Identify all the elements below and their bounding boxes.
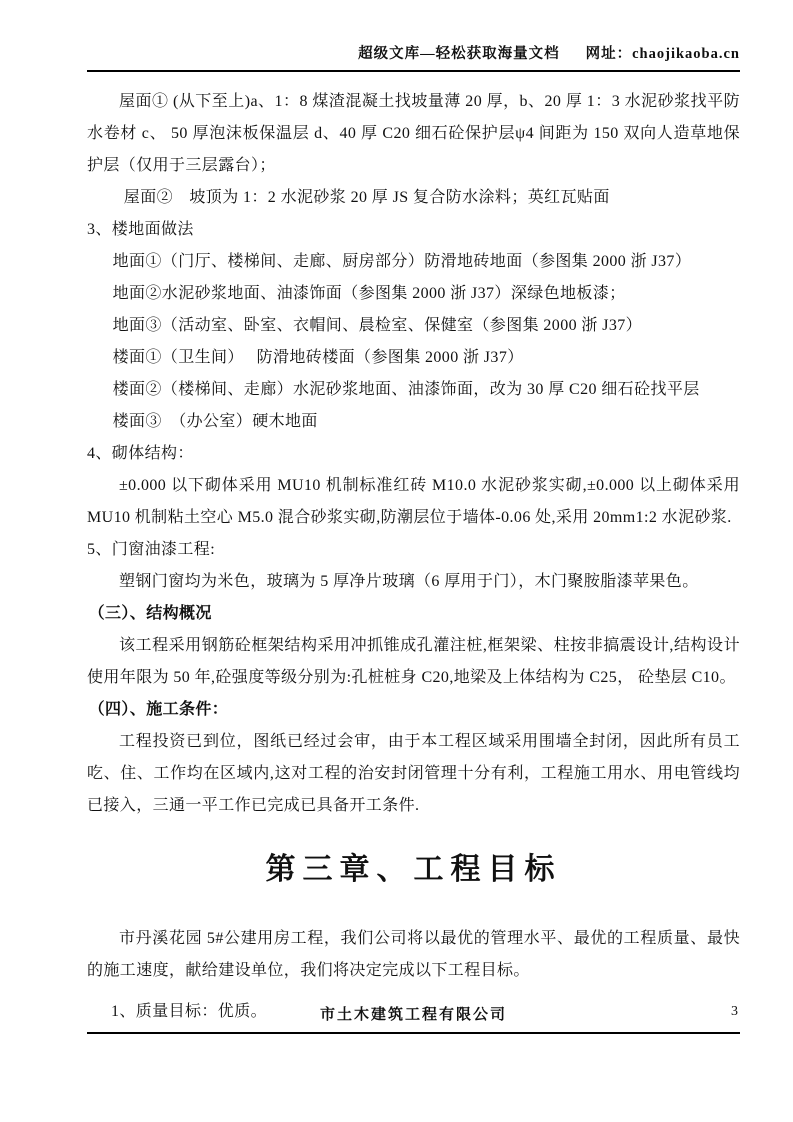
list-item-floor-1: 楼面①（卫生间） 防滑地砖楼面（参图集 2000 浙 J37） (87, 342, 740, 374)
section-heading-conditions: （四）、施工条件： (87, 694, 740, 726)
list-item-ground-3: 地面③（活动室、卧室、衣帽间、晨检室、保健室（参图集 2000 浙 J37） (87, 310, 740, 342)
header-site-url: 网址：chaojikaoba.cn (586, 46, 740, 62)
paragraph-structure: 该工程采用钢筋砼框架结构采用冲抓锥成孔灌注桩,框架梁、柱按非搞震设计,结构设计使… (87, 630, 740, 694)
section-heading-floors: 3、楼地面做法 (87, 214, 740, 246)
paragraph-goals-intro: 市丹溪花园 5#公建用房工程，我们公司将以最优的管理水平、最优的工程质量、最快的… (87, 923, 740, 987)
paragraph-conditions: 工程投资已到位，图纸已经过会审，由于本工程区域采用围墙全封闭，因此所有员工吃、住… (87, 726, 740, 822)
list-item-floor-3: 楼面③ （办公室）硬木地面 (87, 406, 740, 438)
list-item-ground-1: 地面①（门厅、楼梯间、走廊、厨房部分）防滑地砖地面（参图集 2000 浙 J37… (87, 246, 740, 278)
paragraph-paint: 塑钢门窗均为米色，玻璃为 5 厚净片玻璃（6 厚用于门），木门聚胺脂漆苹果色。 (87, 566, 740, 598)
document-page: 超级文库—轻松获取海量文档网址：chaojikaoba.cn 屋面① (从下至上… (0, 0, 793, 1122)
section-heading-masonry: 4、砌体结构： (87, 438, 740, 470)
footer-company-name: 市土木建筑工程有限公司 (320, 1007, 507, 1023)
list-item-ground-2: 地面②水泥砂浆地面、油漆饰面（参图集 2000 浙 J37）深绿色地板漆； (87, 278, 740, 310)
section-heading-paint: 5、门窗油漆工程: (87, 534, 740, 566)
paragraph-roof-1: 屋面① (从下至上)a、1：8 煤渣混凝土找坡量薄 20 厚，b、20 厚 1：… (87, 86, 740, 182)
list-item-floor-2: 楼面②（楼梯间、走廊）水泥砂浆地面、油漆饰面，改为 30 厚 C20 细石砼找平… (87, 374, 740, 406)
page-number: 3 (731, 1004, 738, 1020)
paragraph-roof-2: 屋面② 坡顶为 1：2 水泥砂浆 20 厚 JS 复合防水涂料；英红瓦贴面 (87, 182, 740, 214)
page-footer: 市土木建筑工程有限公司 3 (87, 1003, 740, 1034)
header-brand-text: 超级文库—轻松获取海量文档 (358, 46, 560, 62)
paragraph-masonry: ±0.000 以下砌体采用 MU10 机制标准红砖 M10.0 水泥砂浆实砌,±… (87, 470, 740, 534)
document-body: 屋面① (从下至上)a、1：8 煤渣混凝土找坡量薄 20 厚，b、20 厚 1：… (87, 86, 740, 1028)
page-header: 超级文库—轻松获取海量文档网址：chaojikaoba.cn (87, 42, 740, 72)
section-heading-structure: （三）、结构概况 (87, 598, 740, 630)
chapter-title: 第三章、工程目标 (87, 847, 740, 893)
